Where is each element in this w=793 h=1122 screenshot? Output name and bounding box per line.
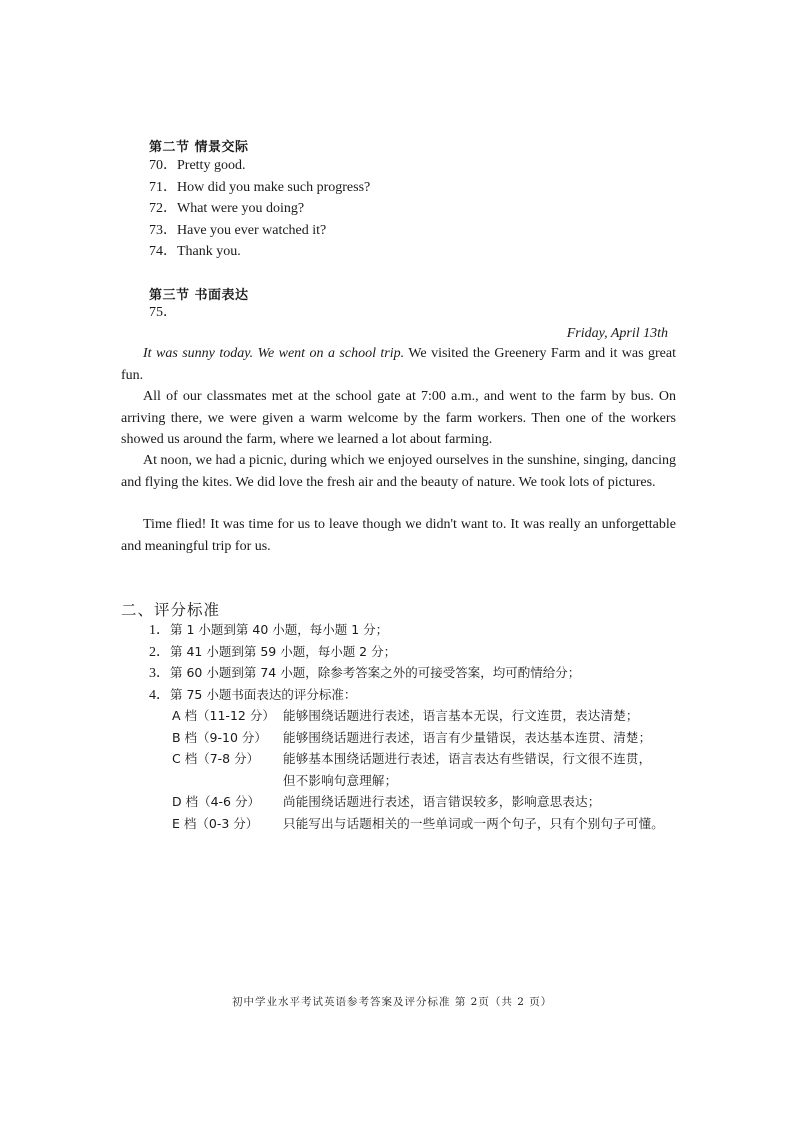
grade-desc-c: 能够基本围绕话题进行表述，语言表达有些错误，行文很不连贯， — [283, 748, 651, 770]
answer-item: 74．Thank you. — [149, 241, 241, 263]
answer-text: How did you make such progress? — [177, 180, 370, 195]
page-footer: 初中学业水平考试英语参考答案及评分标准 第 2页（共 2 页） — [232, 994, 552, 1009]
grade-label-d: D 档（4-6 分） — [172, 791, 260, 813]
section-title-writing: 第三节 书面表达 — [149, 284, 249, 303]
grade-label-b: B 档（9-10 分） — [172, 727, 267, 749]
answer-item: 71．How did you make such progress? — [149, 177, 370, 199]
grade-desc-c-cont: 但不影响句意理解； — [283, 770, 397, 792]
scoring-rule: 2．第 41 小题到第 59 小题，每小题 2 分； — [149, 641, 396, 664]
grade-label-e: E 档（0-3 分） — [172, 813, 258, 835]
answer-text: Thank you. — [177, 244, 241, 259]
essay-date: Friday, April 13th — [567, 323, 668, 345]
essay-italic-opening: It was sunny today. We went on a school … — [143, 346, 404, 361]
rule-text: 第 60 小题到第 74 小题，除参考答案之外的可接受答案，均可酌情给分； — [170, 665, 580, 680]
rule-number: 2． — [149, 645, 170, 660]
rule-text: 第 41 小题到第 59 小题，每小题 2 分； — [170, 644, 396, 659]
answer-text: Have you ever watched it? — [177, 223, 326, 238]
grade-desc-a: 能够围绕话题进行表述，语言基本无误，行文连贯，表达清楚； — [283, 705, 639, 727]
rule-text: 第 75 小题书面表达的评分标准： — [170, 687, 356, 702]
answer-number-75: 75． — [149, 302, 177, 324]
answer-number: 72． — [149, 198, 177, 220]
section-title-situational-dialogue: 第二节 情景交际 — [149, 136, 249, 155]
answer-number: 74． — [149, 241, 177, 263]
scoring-rule: 1．第 1 小题到第 40 小题，每小题 1 分； — [149, 619, 388, 642]
rule-number: 4． — [149, 688, 170, 703]
grade-desc-d: 尚能围绕话题进行表述，语言错误较多，影响意思表达； — [283, 791, 601, 813]
answer-number: 71． — [149, 177, 177, 199]
rule-number: 1． — [149, 623, 170, 638]
scoring-section-title: 二、评分标准 — [121, 598, 220, 620]
grade-label-c: C 档（7-8 分） — [172, 748, 259, 770]
rule-number: 3． — [149, 666, 170, 681]
scoring-rule: 3．第 60 小题到第 74 小题，除参考答案之外的可接受答案，均可酌情给分； — [149, 662, 580, 685]
essay-paragraph-1: It was sunny today. We went on a school … — [121, 343, 676, 386]
grade-label-a: A 档（11-12 分） — [172, 705, 275, 727]
essay-paragraph-2: All of our classmates met at the school … — [121, 386, 676, 451]
answer-item: 72．What were you doing? — [149, 198, 304, 220]
scoring-rule: 4．第 75 小题书面表达的评分标准： — [149, 684, 356, 707]
essay-paragraph-3: At noon, we had a picnic, during which w… — [121, 450, 676, 493]
rule-text: 第 1 小题到第 40 小题，每小题 1 分； — [170, 622, 388, 637]
grade-desc-b: 能够围绕话题进行表述，语言有少量错误，表达基本连贯、清楚； — [283, 727, 651, 749]
answer-text: Pretty good. — [177, 158, 245, 173]
answer-text: What were you doing? — [177, 201, 304, 216]
answer-number: 70． — [149, 155, 177, 177]
answer-item: 70．Pretty good. — [149, 155, 245, 177]
answer-item: 73．Have you ever watched it? — [149, 220, 326, 242]
answer-number: 73． — [149, 220, 177, 242]
grade-desc-e: 只能写出与话题相关的一些单词或一两个句子，只有个别句子可懂。 — [283, 813, 664, 835]
essay-paragraph-4: Time flied! It was time for us to leave … — [121, 514, 676, 557]
